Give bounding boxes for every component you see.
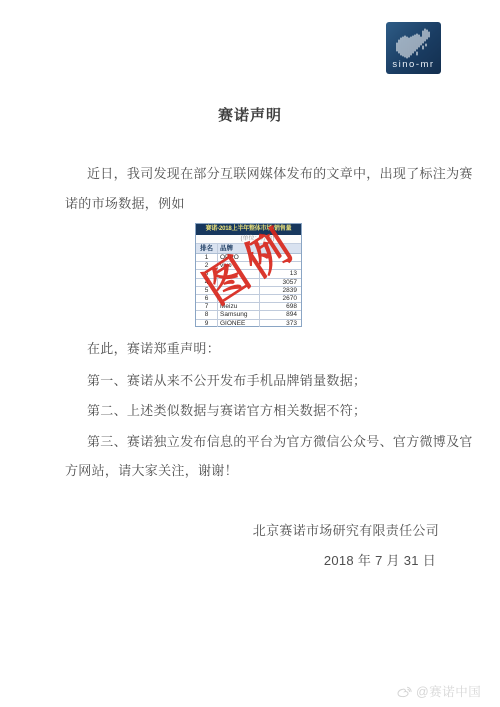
rank-cell: 4 — [196, 279, 218, 286]
paragraph1-line1: 近日，我司发现在部分互联网媒体发布的文章中，出现了标注为赛 — [65, 164, 439, 184]
weibo-watermark: @赛诺中国 — [396, 682, 481, 700]
table-row: 4 3057 — [196, 279, 301, 287]
value-cell: 2670 — [260, 295, 301, 302]
declare-intro: 在此，赛诺郑重声明： — [65, 339, 439, 359]
company-signature: 北京赛诺市场研究有限责任公司 — [65, 521, 439, 541]
brand-cell — [218, 270, 260, 277]
table-row: 6 2670 — [196, 295, 301, 303]
column-header-rank: 排名 — [196, 244, 218, 253]
page-title: 赛诺声明 — [0, 106, 500, 126]
value-cell: 13 — [260, 270, 301, 277]
rank-cell: 2 — [196, 262, 218, 269]
table-row: 2 vivo — [196, 262, 301, 270]
brand-cell: OPPO — [218, 254, 260, 261]
column-header-brand: 品牌 — [218, 244, 260, 253]
value-cell: 894 — [260, 311, 301, 318]
brand-cell — [218, 287, 260, 294]
statement-point-3-line1: 第三、赛诺独立发布信息的平台为官方微信公众号、官方微博及官 — [65, 432, 439, 452]
value-cell — [260, 262, 301, 269]
statement-point-2: 第二、上述类似数据与赛诺官方相关数据不符； — [65, 401, 439, 421]
brand-cell — [218, 279, 260, 286]
statement-point-1: 第一、赛诺从来不公开发布手机品牌销量数据； — [65, 371, 439, 391]
weibo-icon — [396, 684, 413, 699]
table-column-headers: 排名 品牌 — [196, 244, 301, 254]
embedded-table-image: 赛诺-2018上半年整体市场-销售量 (单位：万台) 排名 品牌 1 OPPO … — [195, 223, 302, 327]
table-row: 9 GIONEE 373 — [196, 320, 301, 327]
rank-cell: 3 — [196, 270, 218, 277]
statement-point-3-line2: 方网站，请大家关注，谢谢！ — [65, 461, 439, 481]
paragraph1-line2: 诺的市场数据，例如 — [65, 194, 439, 214]
brand-cell — [218, 295, 260, 302]
rank-cell: 9 — [196, 320, 218, 327]
brand-cell: Meizu — [218, 303, 260, 310]
brand-cell: GIONEE — [218, 320, 260, 327]
company-logo: sino-mr — [386, 22, 441, 74]
logo-brand-text: sino-mr — [392, 60, 434, 70]
china-map-bars-icon — [386, 25, 441, 61]
table-row: 7 Meizu 698 — [196, 303, 301, 311]
rank-cell: 5 — [196, 287, 218, 294]
table-row: 5 2839 — [196, 287, 301, 295]
rank-cell: 1 — [196, 254, 218, 261]
statement-document: sino-mr 赛诺声明 近日，我司发现在部分互联网媒体发布的文章中，出现了标注… — [0, 0, 500, 707]
table-row: 3 13 — [196, 270, 301, 278]
column-header-value — [260, 244, 301, 253]
value-cell: 698 — [260, 303, 301, 310]
brand-cell: vivo — [218, 262, 260, 269]
rank-cell: 7 — [196, 303, 218, 310]
value-cell: 3057 — [260, 279, 301, 286]
watermark-text: @赛诺中国 — [416, 682, 481, 700]
rank-cell: 8 — [196, 311, 218, 318]
table-row: 8 Samsung 894 — [196, 311, 301, 319]
table-body: 1 OPPO 2 vivo 3 13 4 3057 5 — [196, 254, 301, 327]
table-unit-label: (单位：万台) — [196, 235, 301, 244]
value-cell: 373 — [260, 320, 301, 327]
table-row: 1 OPPO — [196, 254, 301, 262]
value-cell: 2839 — [260, 287, 301, 294]
value-cell — [260, 254, 301, 261]
table-title: 赛诺-2018上半年整体市场-销售量 — [196, 224, 301, 235]
statement-date: 2018 年 7 月 31 日 — [65, 551, 439, 571]
rank-cell: 6 — [196, 295, 218, 302]
brand-cell: Samsung — [218, 311, 260, 318]
